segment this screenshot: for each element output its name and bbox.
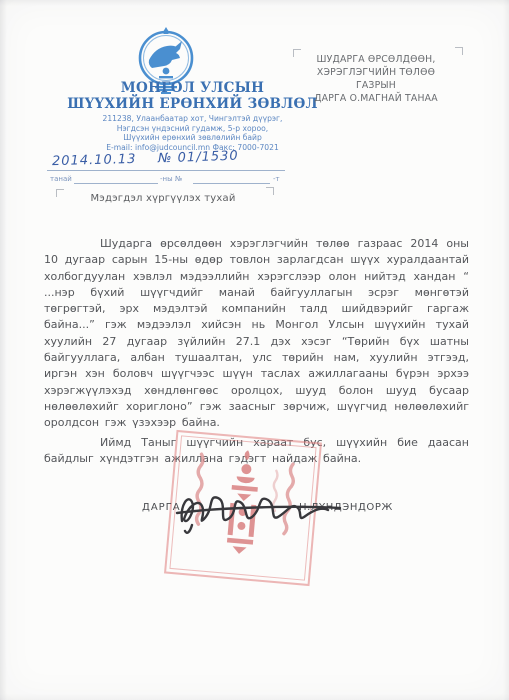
recipient-line3: ДАРГА О.МАГНАЙ ТАНАА	[300, 92, 452, 105]
recipient-line2: ХЭРЭГЛЭГЧИЙН ТӨЛӨӨ ГАЗРЫН	[300, 66, 452, 92]
org-address: 211238, Улаанбаатар хот, Чингэлтэй дүүрэ…	[60, 114, 325, 153]
address-line: Шүүхийн ерөнхий зөвлөлийн байр	[60, 133, 325, 143]
your-ref-mid-label: -ны №	[160, 175, 182, 183]
handwritten-ref-number: № 01/1530	[158, 149, 239, 167]
corner-mark	[455, 47, 463, 55]
your-ref-number-underline	[193, 183, 270, 184]
scanned-letter-page: МОНГОЛ УЛСЫН ШҮҮХИЙН ЕРӨНХИЙ ЗӨВЛӨЛ 2112…	[0, 0, 509, 700]
your-ref-suffix-label: -т	[273, 175, 280, 183]
body-paragraph-1: Шударга өрсөлдөөн хэрэглэгчийн төлөө газ…	[44, 236, 469, 432]
corner-mark	[266, 187, 274, 195]
address-line: Нэгдсэн үндэсний гудамж, 5-р хороо,	[60, 124, 325, 134]
letter-body: Шударга өрсөлдөөн хэрэглэгчийн төлөө газ…	[44, 236, 469, 470]
your-ref-underline	[74, 183, 158, 184]
date-underline	[47, 170, 285, 171]
recipient-line1: ШУДАРГА ӨРСӨЛДӨӨН,	[300, 53, 452, 66]
subject-line: Мэдэгдэл хүргүүлэх тухай	[60, 193, 266, 204]
handwritten-date: 2014.10.13	[52, 152, 137, 169]
your-ref-label: танай	[50, 175, 72, 183]
address-line: 211238, Улаанбаатар хот, Чингэлтэй дүүрэ…	[60, 114, 325, 124]
signature-scrawl	[172, 479, 348, 537]
recipient-block: ШУДАРГА ӨРСӨЛДӨӨН, ХЭРЭГЛЭГЧИЙН ТӨЛӨӨ ГА…	[300, 53, 452, 105]
